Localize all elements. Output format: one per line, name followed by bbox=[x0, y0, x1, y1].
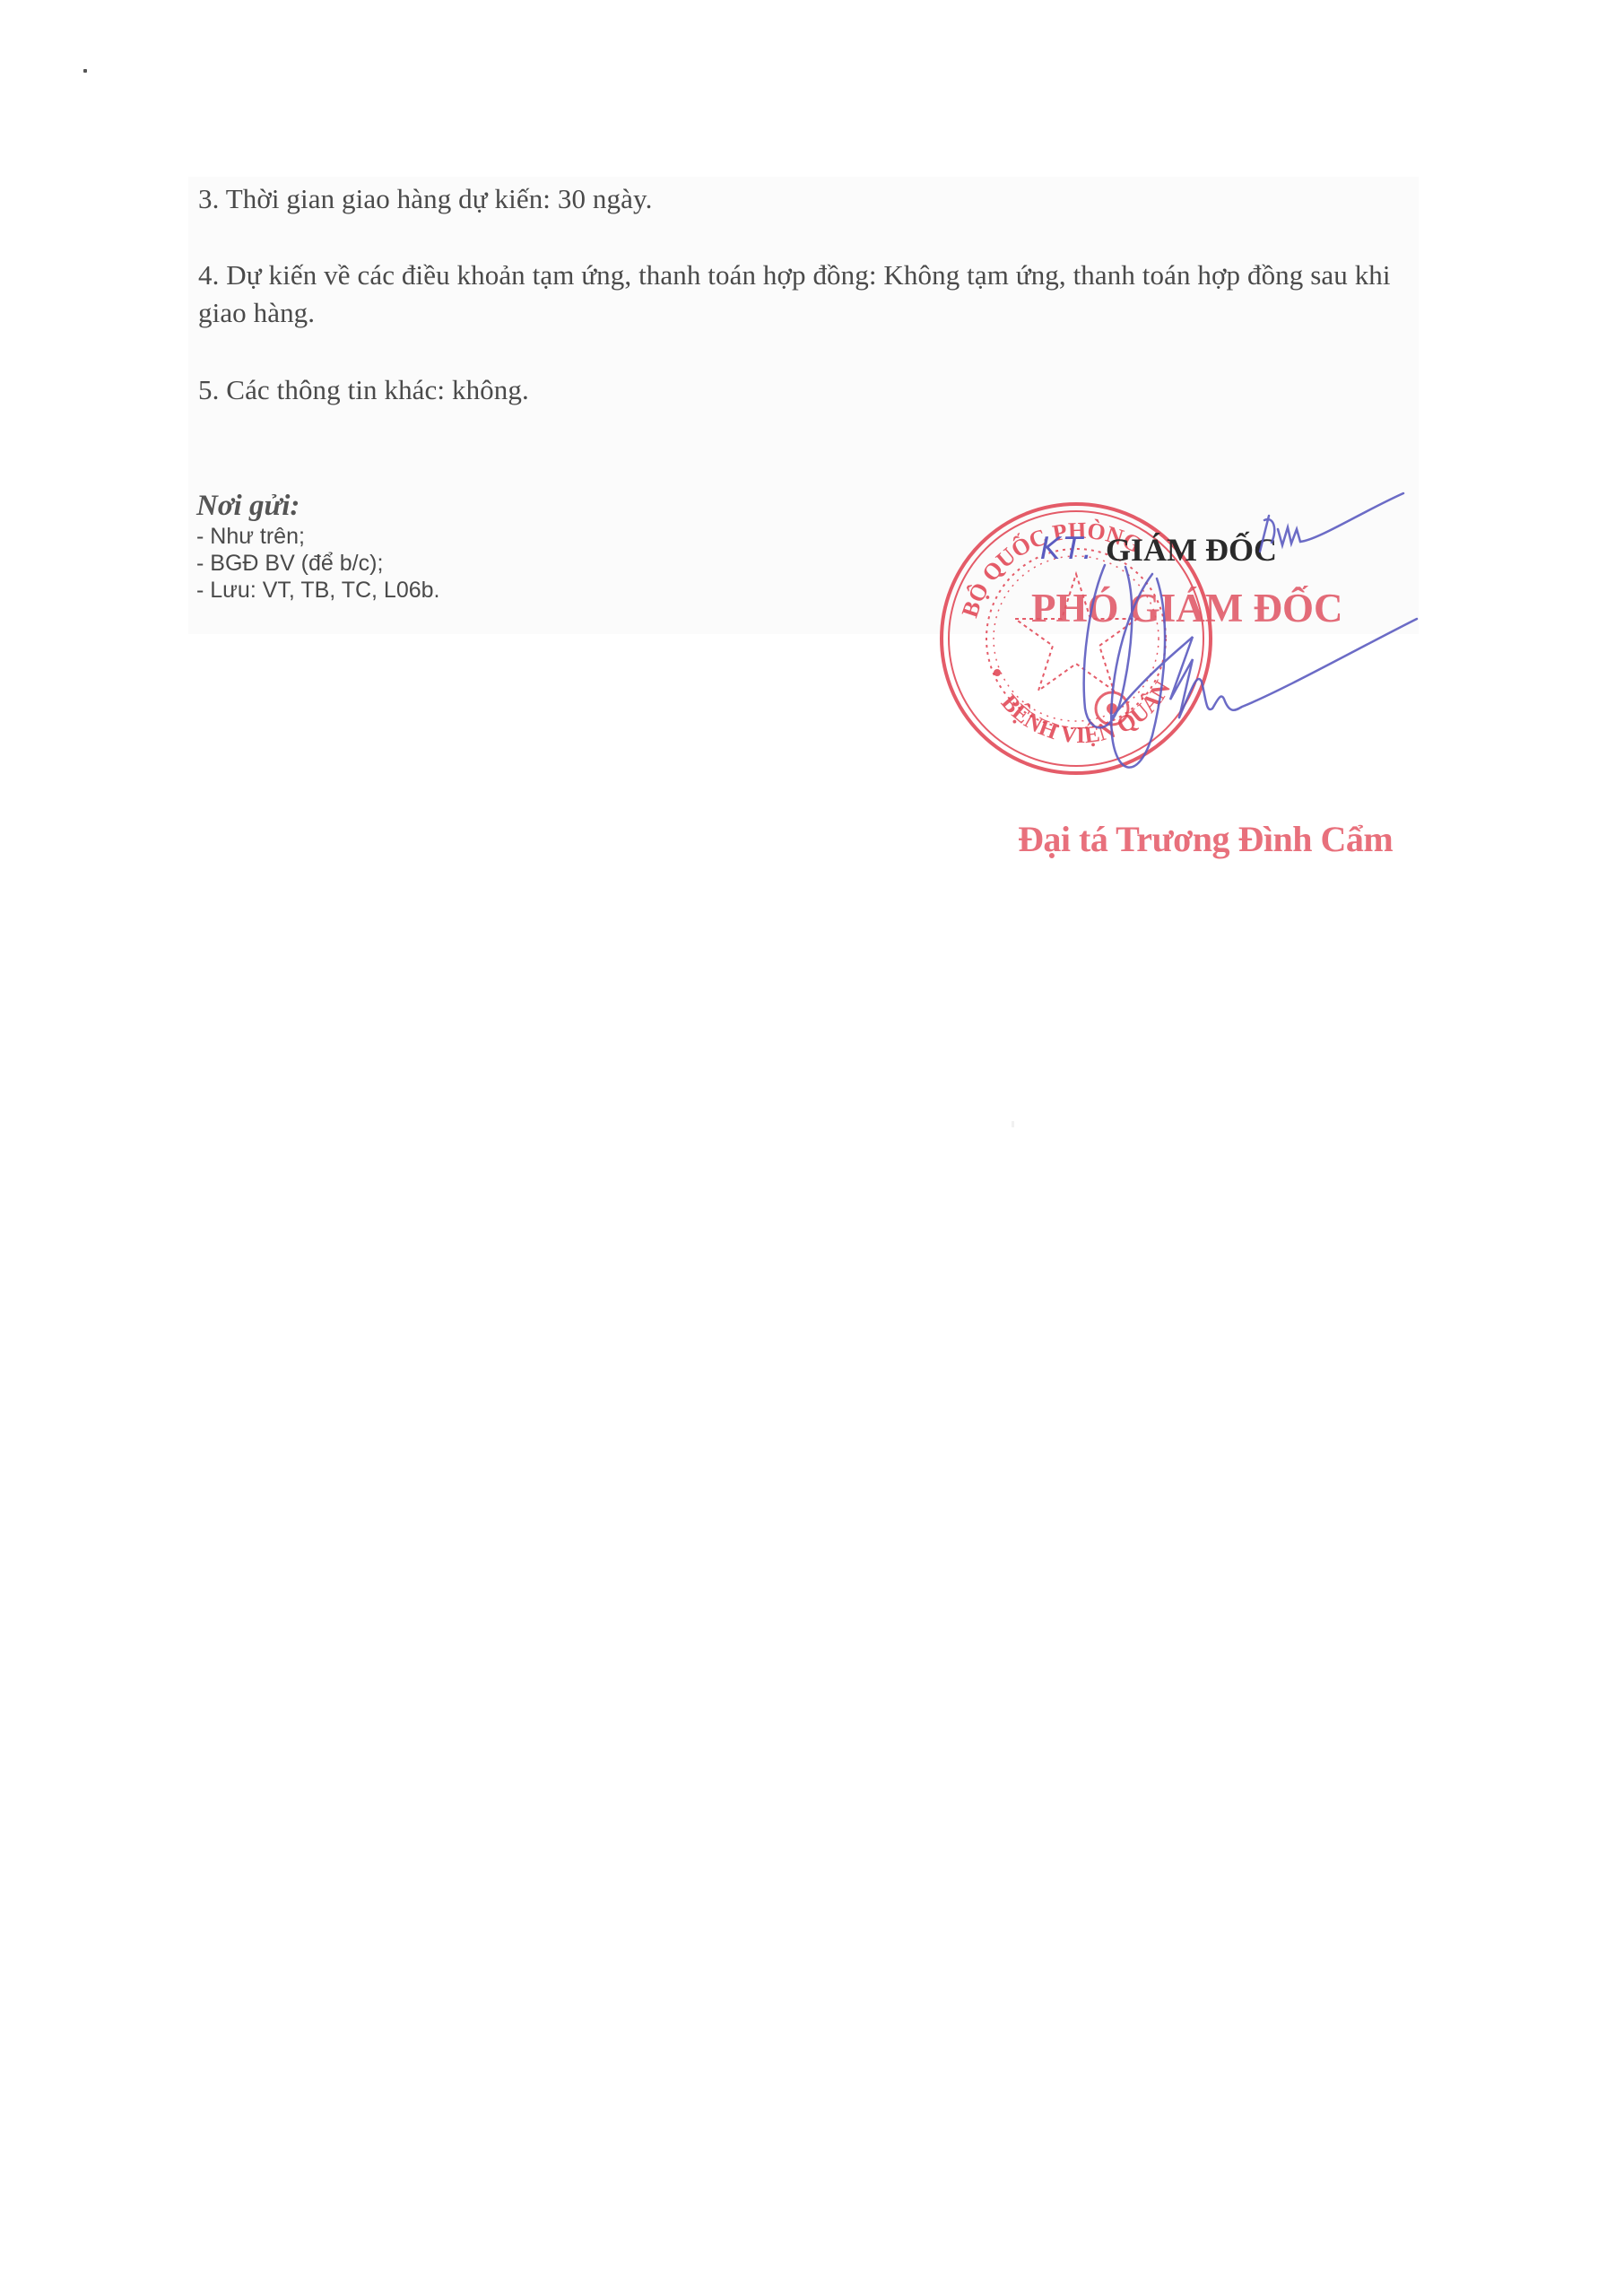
stamp-bottom-text: BỆNH VIỆN QUÂN bbox=[996, 676, 1176, 749]
document-page: 3. Thời gian giao hàng dự kiến: 30 ngày.… bbox=[0, 0, 1624, 2296]
paragraph-other-info: 5. Các thông tin khác: không. bbox=[198, 371, 529, 409]
scan-artifact-speck bbox=[1012, 1121, 1014, 1127]
svg-text:BỆNH VIỆN QUÂN: BỆNH VIỆN QUÂN bbox=[996, 676, 1176, 749]
recipients-block: Nơi gửi: - Như trên; - BGĐ BV (để b/c); … bbox=[196, 489, 439, 604]
recipient-item: - Như trên; bbox=[196, 523, 439, 550]
recipients-title: Nơi gửi: bbox=[196, 489, 439, 523]
recipient-item: - Lưu: VT, TB, TC, L06b. bbox=[196, 577, 439, 604]
paragraph-payment-terms-text: 4. Dự kiến về các điều khoản tạm ứng, th… bbox=[198, 259, 1391, 328]
paragraph-delivery-time: 3. Thời gian giao hàng dự kiến: 30 ngày. bbox=[198, 180, 652, 218]
scan-artifact-dot bbox=[83, 69, 87, 73]
signer-name: Đại tá Trương Đình Cẩm bbox=[1018, 818, 1393, 860]
paragraph-payment-terms: 4. Dự kiến về các điều khoản tạm ứng, th… bbox=[198, 257, 1418, 332]
recipient-item: - BGĐ BV (để b/c); bbox=[196, 550, 439, 577]
